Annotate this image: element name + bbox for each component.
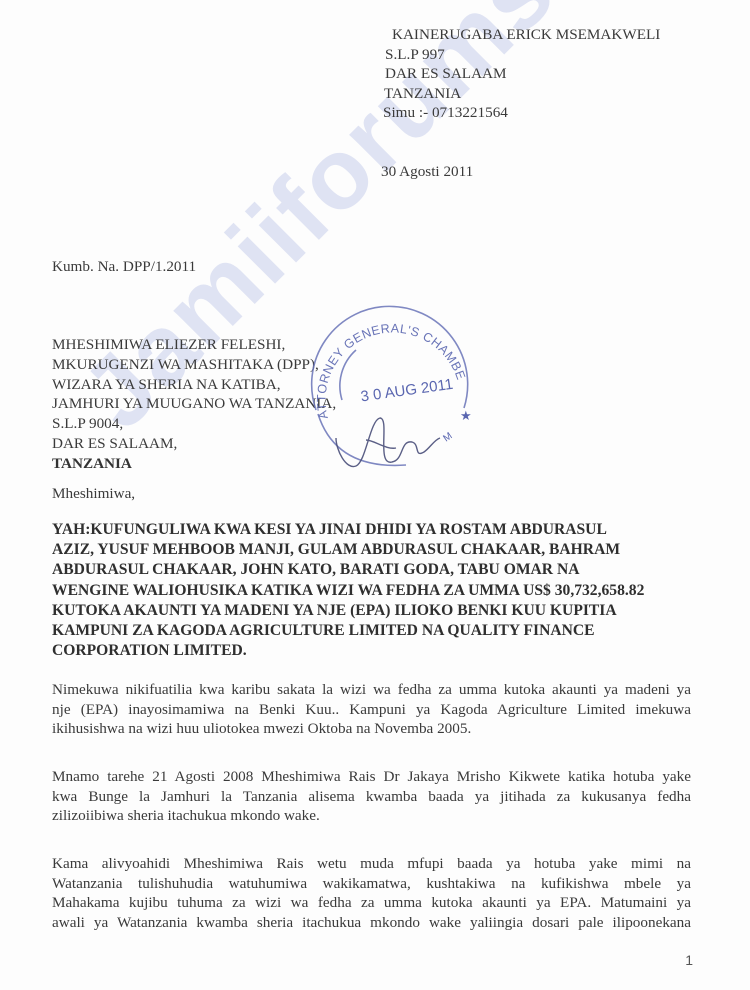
recipient-line: S.L.P 9004, — [52, 414, 336, 434]
paragraph-line: Mahakama kujibu tuhuma za wizi wa fedha … — [52, 893, 691, 913]
salutation: Mheshimiwa, — [52, 485, 135, 503]
subject-line: KAMPUNI ZA KAGODA AGRICULTURE LIMITED NA… — [52, 621, 692, 641]
recipient-line: JAMHURI YA MUUGANO WA TANZANIA, — [52, 394, 336, 414]
recipient-country: TANZANIA — [52, 454, 336, 474]
recipient-block: MHESHIMIWA ELIEZER FELESHI, MKURUGENZI W… — [52, 335, 336, 474]
body-paragraph-1: Nimekuwa nikifuatilia kwa karibu sakata … — [52, 680, 691, 739]
recipient-line: MHESHIMIWA ELIEZER FELESHI, — [52, 335, 336, 355]
recipient-line: MKURUGENZI WA MASHITAKA (DPP), — [52, 355, 336, 375]
paragraph-line: awali ya Watanzania kwamba sheria itachu… — [52, 913, 691, 933]
paragraph-line: Mnamo tarehe 21 Agosti 2008 Mheshimiwa R… — [52, 767, 691, 787]
paragraph-line: Watanzania tulishuhudia watuhumiwa wakik… — [52, 874, 691, 894]
subject-line: ABDURASUL CHAKAAR, JOHN KATO, BARATI GOD… — [52, 560, 692, 580]
recipient-line: DAR ES SALAAM, — [52, 434, 336, 454]
page-number: 1 — [685, 952, 693, 968]
sender-name: KAINERUGABA ERICK MSEMAKWELI — [392, 25, 660, 45]
stamp-date: 3 0 AUG 2011 — [360, 376, 455, 406]
subject-line: YAH:KUFUNGULIWA KWA KESI YA JINAI DHIDI … — [52, 520, 692, 540]
stamp-initials: M — [441, 431, 454, 445]
body-paragraph-3: Kama alivyoahidi Mheshimiwa Rais wetu mu… — [52, 854, 691, 932]
sender-address-line: TANZANIA — [384, 84, 660, 104]
sender-address-line: DAR ES SALAAM — [385, 64, 660, 84]
paragraph-line: nje (EPA) inayosimamiwa na Benki Kuu.. K… — [52, 700, 691, 720]
stamp-star-icon: ★ — [460, 409, 472, 424]
subject-line: KUTOKA AKAUNTI YA MADENI YA NJE (EPA) IL… — [52, 601, 692, 621]
paragraph-line: Nimekuwa nikifuatilia kwa karibu sakata … — [52, 680, 691, 700]
sender-block: KAINERUGABA ERICK MSEMAKWELI S.L.P 997 D… — [383, 25, 660, 123]
paragraph-line: zilizoiibiwa sheria itachukua mkondo wak… — [52, 806, 691, 826]
subject-heading: YAH:KUFUNGULIWA KWA KESI YA JINAI DHIDI … — [52, 520, 692, 661]
recipient-line: WIZARA YA SHERIA NA KATIBA, — [52, 375, 336, 395]
sender-address-line: S.L.P 997 — [385, 45, 660, 65]
subject-line: WENGINE WALIOHUSIKA KATIKA WIZI WA FEDHA… — [52, 581, 692, 601]
letter-date: 30 Agosti 2011 — [381, 163, 473, 181]
signature-icon — [336, 418, 440, 467]
paragraph-line: ikihusishwa na wizi huu uliotokea mwezi … — [52, 719, 691, 739]
paragraph-line: Kama alivyoahidi Mheshimiwa Rais wetu mu… — [52, 854, 691, 874]
subject-line: AZIZ, YUSUF MEHBOOB MANJI, GULAM ABDURAS… — [52, 540, 692, 560]
paragraph-line: kwa Bunge la Jamhuri la Tanzania alisema… — [52, 787, 691, 807]
body-paragraph-2: Mnamo tarehe 21 Agosti 2008 Mheshimiwa R… — [52, 767, 691, 826]
reference-number: Kumb. Na. DPP/1.2011 — [52, 258, 196, 276]
sender-phone: Simu :- 0713221564 — [383, 103, 660, 123]
letter-page: Jamiiforums.com KAINERUGABA ERICK MSEMAK… — [0, 0, 750, 990]
subject-line: CORPORATION LIMITED. — [52, 641, 692, 661]
